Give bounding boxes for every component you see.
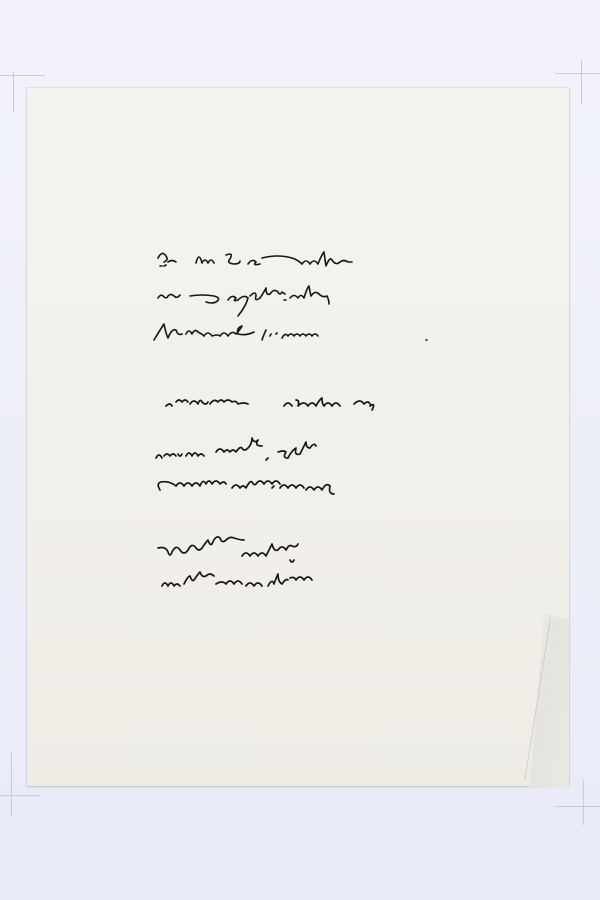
script-line: [154, 324, 427, 340]
script-line: [156, 438, 316, 460]
stanza-4: [158, 537, 312, 586]
asemic-script: [0, 0, 600, 900]
script-line: [166, 398, 374, 410]
script-line: [158, 537, 298, 562]
script-line: [158, 252, 352, 266]
script-line: [162, 572, 312, 586]
stanza-1: [154, 252, 427, 340]
script-line: [158, 481, 334, 494]
stanza-2: [166, 398, 374, 410]
stanza-3: [156, 438, 334, 494]
script-line: [158, 286, 329, 316]
